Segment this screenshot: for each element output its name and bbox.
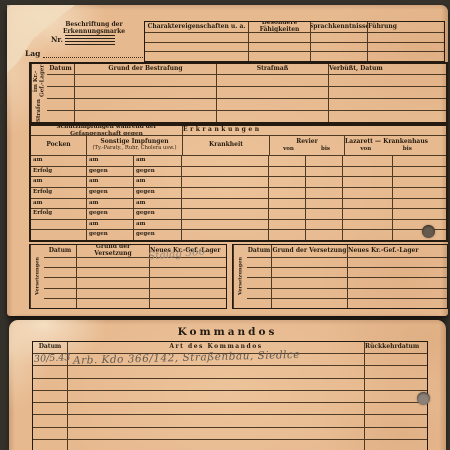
transfers-table-right: Versetzungen Datum Grund der Versetzung … (232, 244, 448, 309)
vaccination-row: Erfolg gegen gegen (31, 208, 446, 219)
punishments-empty-row (47, 110, 446, 122)
empty-cell (311, 52, 368, 61)
empty-cell (44, 278, 77, 287)
transfers-empty-row (247, 257, 447, 267)
empty-cell (217, 99, 329, 110)
empty-cell (75, 87, 217, 98)
vacc-a-cell: gegen (87, 209, 134, 219)
vacc-b-cell: am (134, 220, 182, 230)
vaccination-row: Erfolg gegen gegen (31, 187, 446, 198)
empty-cell (77, 268, 150, 277)
pocken-cell: Erfolg (31, 167, 87, 177)
empty-cell (217, 75, 329, 86)
vacc-b-cell: am (134, 156, 182, 166)
empty-cell (269, 209, 306, 219)
vacc-a-cell: am (87, 177, 134, 187)
vaccination-row: am am am (31, 176, 446, 187)
empty-cell (272, 258, 348, 267)
empty-cell (343, 199, 393, 209)
empty-cell (269, 220, 306, 230)
empty-cell (269, 188, 306, 198)
transfers-empty-row (44, 257, 226, 267)
header-other-vaccinations: Sonstige Impfungen (Ty.-Paraty., Ruhr, C… (87, 136, 183, 155)
header-sickbay: Revier vonbis (270, 136, 345, 155)
vacc-b-cell: am (134, 199, 182, 209)
punishments-table: Strafen im Kr.-Gef.-Lager Datum Grund de… (29, 62, 448, 124)
pocken-cell: am (31, 156, 87, 166)
punishments-header-reason: Grund der Bestrafung (75, 64, 217, 74)
kommandos-empty-row (33, 378, 427, 390)
punishments-header-sentence: Strafmaß (217, 64, 329, 74)
transfers-empty-row (44, 298, 226, 308)
empty-cell (247, 258, 272, 267)
empty-cell (47, 75, 75, 86)
empty-cell (77, 299, 150, 308)
traits-empty-row (145, 51, 444, 61)
empty-cell (47, 99, 75, 110)
handwritten-kommando-date: 30/5.43 (34, 352, 71, 365)
empty-cell (75, 111, 217, 122)
empty-cell (217, 111, 329, 122)
empty-cell (217, 87, 329, 98)
empty-cell (247, 268, 272, 277)
empty-cell (306, 220, 343, 230)
vacc-a-cell: gegen (87, 167, 134, 177)
kommandos-empty-row (33, 414, 427, 426)
id-number-lines (65, 35, 115, 45)
empty-cell (47, 111, 75, 122)
lag-label: Lag (25, 49, 40, 58)
traits-empty-row (145, 42, 444, 52)
transfers-empty-row (247, 288, 447, 298)
vacc-a-cell: am (87, 199, 134, 209)
pocken-cell (31, 220, 87, 230)
transfers-header-reason: Grund der Versetzung (77, 245, 150, 257)
kommandos-title: Kommandos (9, 326, 446, 338)
empty-cell (306, 156, 343, 166)
scanned-document: Beschriftung der Erkennungsmarke Nr. Lag… (0, 0, 450, 450)
hole-punch (422, 225, 435, 238)
empty-cell (249, 43, 311, 52)
transfers-header-newcamp: Neues Kr.-Gef.-Lager (348, 245, 419, 257)
empty-cell (33, 379, 68, 390)
empty-cell (311, 33, 368, 42)
empty-cell (272, 289, 348, 298)
empty-cell (33, 403, 68, 414)
empty-cell (269, 230, 306, 240)
empty-cell (75, 99, 217, 110)
empty-cell (77, 278, 150, 287)
empty-cell (182, 167, 269, 177)
vaccination-row: am am (31, 219, 446, 230)
transfers-header-date: Datum (44, 245, 77, 257)
empty-cell (343, 209, 393, 219)
side-label-line1: Strafen (36, 99, 43, 122)
empty-cell (306, 188, 343, 198)
transfers-header-row: Datum Grund der Versetzung Neues Kr.-Gef… (247, 245, 447, 257)
empty-cell (145, 33, 249, 42)
vaccinations-header-row: Pocken Sonstige Impfungen (Ty.-Paraty., … (31, 135, 446, 155)
empty-cell (306, 199, 343, 209)
empty-cell (182, 188, 269, 198)
empty-cell (33, 391, 68, 402)
transfers-empty-row (44, 288, 226, 298)
empty-cell (44, 268, 77, 277)
vacc-a-cell: am (87, 156, 134, 166)
traits-header-languages: Sprachkenntnisse (311, 22, 368, 32)
empty-cell (145, 52, 249, 61)
punishments-header-row: Datum Grund der Bestrafung Strafmaß Verb… (47, 64, 446, 74)
pocken-cell (31, 230, 87, 240)
empty-cell (68, 428, 365, 439)
header-hospital: Lazarett — Krankenhaus vonbis (345, 136, 428, 155)
sickbay-label: Revier (296, 139, 318, 146)
empty-cell (306, 167, 343, 177)
vacc-a-cell: am (87, 220, 134, 230)
empty-cell (272, 278, 348, 287)
hole-punch (417, 392, 430, 405)
empty-cell (44, 299, 77, 308)
lag-fill-line (43, 49, 145, 58)
empty-cell (33, 428, 68, 439)
traits-header-character: Charaktereigenschaften u. a. (145, 22, 249, 32)
empty-cell (269, 199, 306, 209)
empty-cell (68, 403, 365, 414)
pocken-cell: am (31, 199, 87, 209)
vaccination-row: gegen gegen (31, 229, 446, 240)
empty-cell (311, 43, 368, 52)
hospital-label: Lazarett — Krankenhaus (345, 139, 428, 146)
empty-cell (249, 52, 311, 61)
header-illness: Krankheit (183, 136, 270, 155)
transfers-empty-row (247, 298, 447, 308)
transfers-empty-row (44, 277, 226, 287)
vaccinations-title: Schutzimpfungen während der Gefangenscha… (31, 126, 183, 135)
empty-cell (44, 289, 77, 298)
traits-header-abilities: Besondere Fähigkeiten (249, 22, 311, 32)
side-label-line2: im Kr.-Gef.-Lager (33, 64, 46, 98)
empty-cell (343, 156, 393, 166)
empty-cell (68, 415, 365, 426)
vacc-b-cell: am (134, 177, 182, 187)
vacc-b-cell: gegen (134, 230, 182, 240)
kommandos-empty-row (33, 439, 427, 450)
empty-cell (247, 278, 272, 287)
empty-cell (272, 299, 348, 308)
transfers-empty-row (247, 277, 447, 287)
empty-cell (75, 75, 217, 86)
punishments-empty-row (47, 74, 446, 86)
empty-cell (182, 220, 269, 230)
von-label: von (270, 146, 307, 152)
vacc-b-cell: gegen (134, 209, 182, 219)
nr-label: Nr. (51, 35, 63, 44)
empty-cell (182, 209, 269, 219)
kommandos-header-return: Rückkehrdatum (365, 342, 419, 353)
empty-cell (33, 366, 68, 377)
pocken-cell: Erfolg (31, 209, 87, 219)
traits-header-row: Charaktereigenschaften u. a. Besondere F… (145, 22, 444, 32)
empty-cell (247, 299, 272, 308)
transfers-header-date: Datum (247, 245, 272, 257)
empty-cell (269, 167, 306, 177)
traits-table: Charaktereigenschaften u. a. Besondere F… (144, 21, 445, 62)
section-title-row: Schutzimpfungen während der Gefangenscha… (31, 126, 446, 135)
transfers-header-reason: Grund der Versetzung (272, 245, 348, 257)
vacc-a-cell: gegen (87, 188, 134, 198)
empty-cell (44, 258, 77, 267)
von-label: von (345, 146, 387, 152)
vacc-a-cell: gegen (87, 230, 134, 240)
kommandos-card: Kommandos Datum Art des Kommandos Rückke… (9, 320, 446, 450)
empty-cell (272, 268, 348, 277)
empty-cell (269, 177, 306, 187)
vaccination-row: am am am (31, 155, 446, 166)
punishments-empty-row (47, 98, 446, 110)
header-smallpox: Pocken (31, 136, 87, 155)
vacc-b-cell: gegen (134, 188, 182, 198)
kommandos-empty-row (33, 390, 427, 402)
traits-empty-row (145, 32, 444, 42)
vaccination-row: Erfolg gegen gegen (31, 166, 446, 177)
kommandos-empty-row (33, 402, 427, 414)
empty-cell (68, 379, 365, 390)
empty-cell (145, 43, 249, 52)
empty-cell (343, 230, 393, 240)
empty-cell (306, 209, 343, 219)
punishments-header-date: Datum (47, 64, 75, 74)
empty-cell (68, 366, 365, 377)
empty-cell (182, 199, 269, 209)
empty-cell (182, 177, 269, 187)
pow-record-card-front: Beschriftung der Erkennungsmarke Nr. Lag… (7, 5, 448, 316)
punishments-empty-row (47, 86, 446, 98)
transfers-empty-row (44, 267, 226, 277)
vaccination-row: am am am (31, 198, 446, 209)
empty-cell (68, 391, 365, 402)
bis-label: bis (387, 146, 429, 152)
other-vacc-line2: (Ty.-Paraty., Ruhr, Cholera usw.) (93, 146, 177, 152)
empty-cell (33, 440, 68, 450)
empty-cell (77, 289, 150, 298)
empty-cell (343, 167, 393, 177)
vaccinations-illnesses-table: Schutzimpfungen während der Gefangenscha… (29, 124, 448, 242)
illnesses-title: Erkrankungen (183, 126, 262, 135)
bis-label: bis (307, 146, 344, 152)
empty-cell (247, 289, 272, 298)
traits-header-conduct: Führung (368, 22, 397, 32)
empty-cell (249, 33, 311, 42)
empty-cell (182, 156, 269, 166)
empty-cell (306, 177, 343, 187)
pocken-cell: am (31, 177, 87, 187)
empty-cell (68, 440, 365, 450)
transfers-side-label: Versetzungen (30, 245, 44, 308)
empty-cell (77, 258, 150, 267)
empty-cell (343, 177, 393, 187)
empty-cell (47, 87, 75, 98)
pocken-cell: Erfolg (31, 188, 87, 198)
empty-cell (343, 188, 393, 198)
empty-cell (269, 156, 306, 166)
empty-cell (182, 230, 269, 240)
empty-cell (343, 220, 393, 230)
transfers-empty-row (247, 267, 447, 277)
kommandos-empty-row (33, 427, 427, 439)
kommandos-empty-row (33, 365, 427, 377)
punishments-header-served: Verbüßt, Datum (329, 64, 383, 74)
transfers-side-label: Versetzungen (233, 245, 247, 308)
punishments-side-label: Strafen im Kr.-Gef.-Lager (31, 64, 47, 122)
vacc-b-cell: gegen (134, 167, 182, 177)
empty-cell (33, 415, 68, 426)
empty-cell (306, 230, 343, 240)
kommandos-header-date: Datum (33, 342, 68, 353)
id-block-title: Beschriftung der Erkennungsmarke (35, 22, 153, 36)
